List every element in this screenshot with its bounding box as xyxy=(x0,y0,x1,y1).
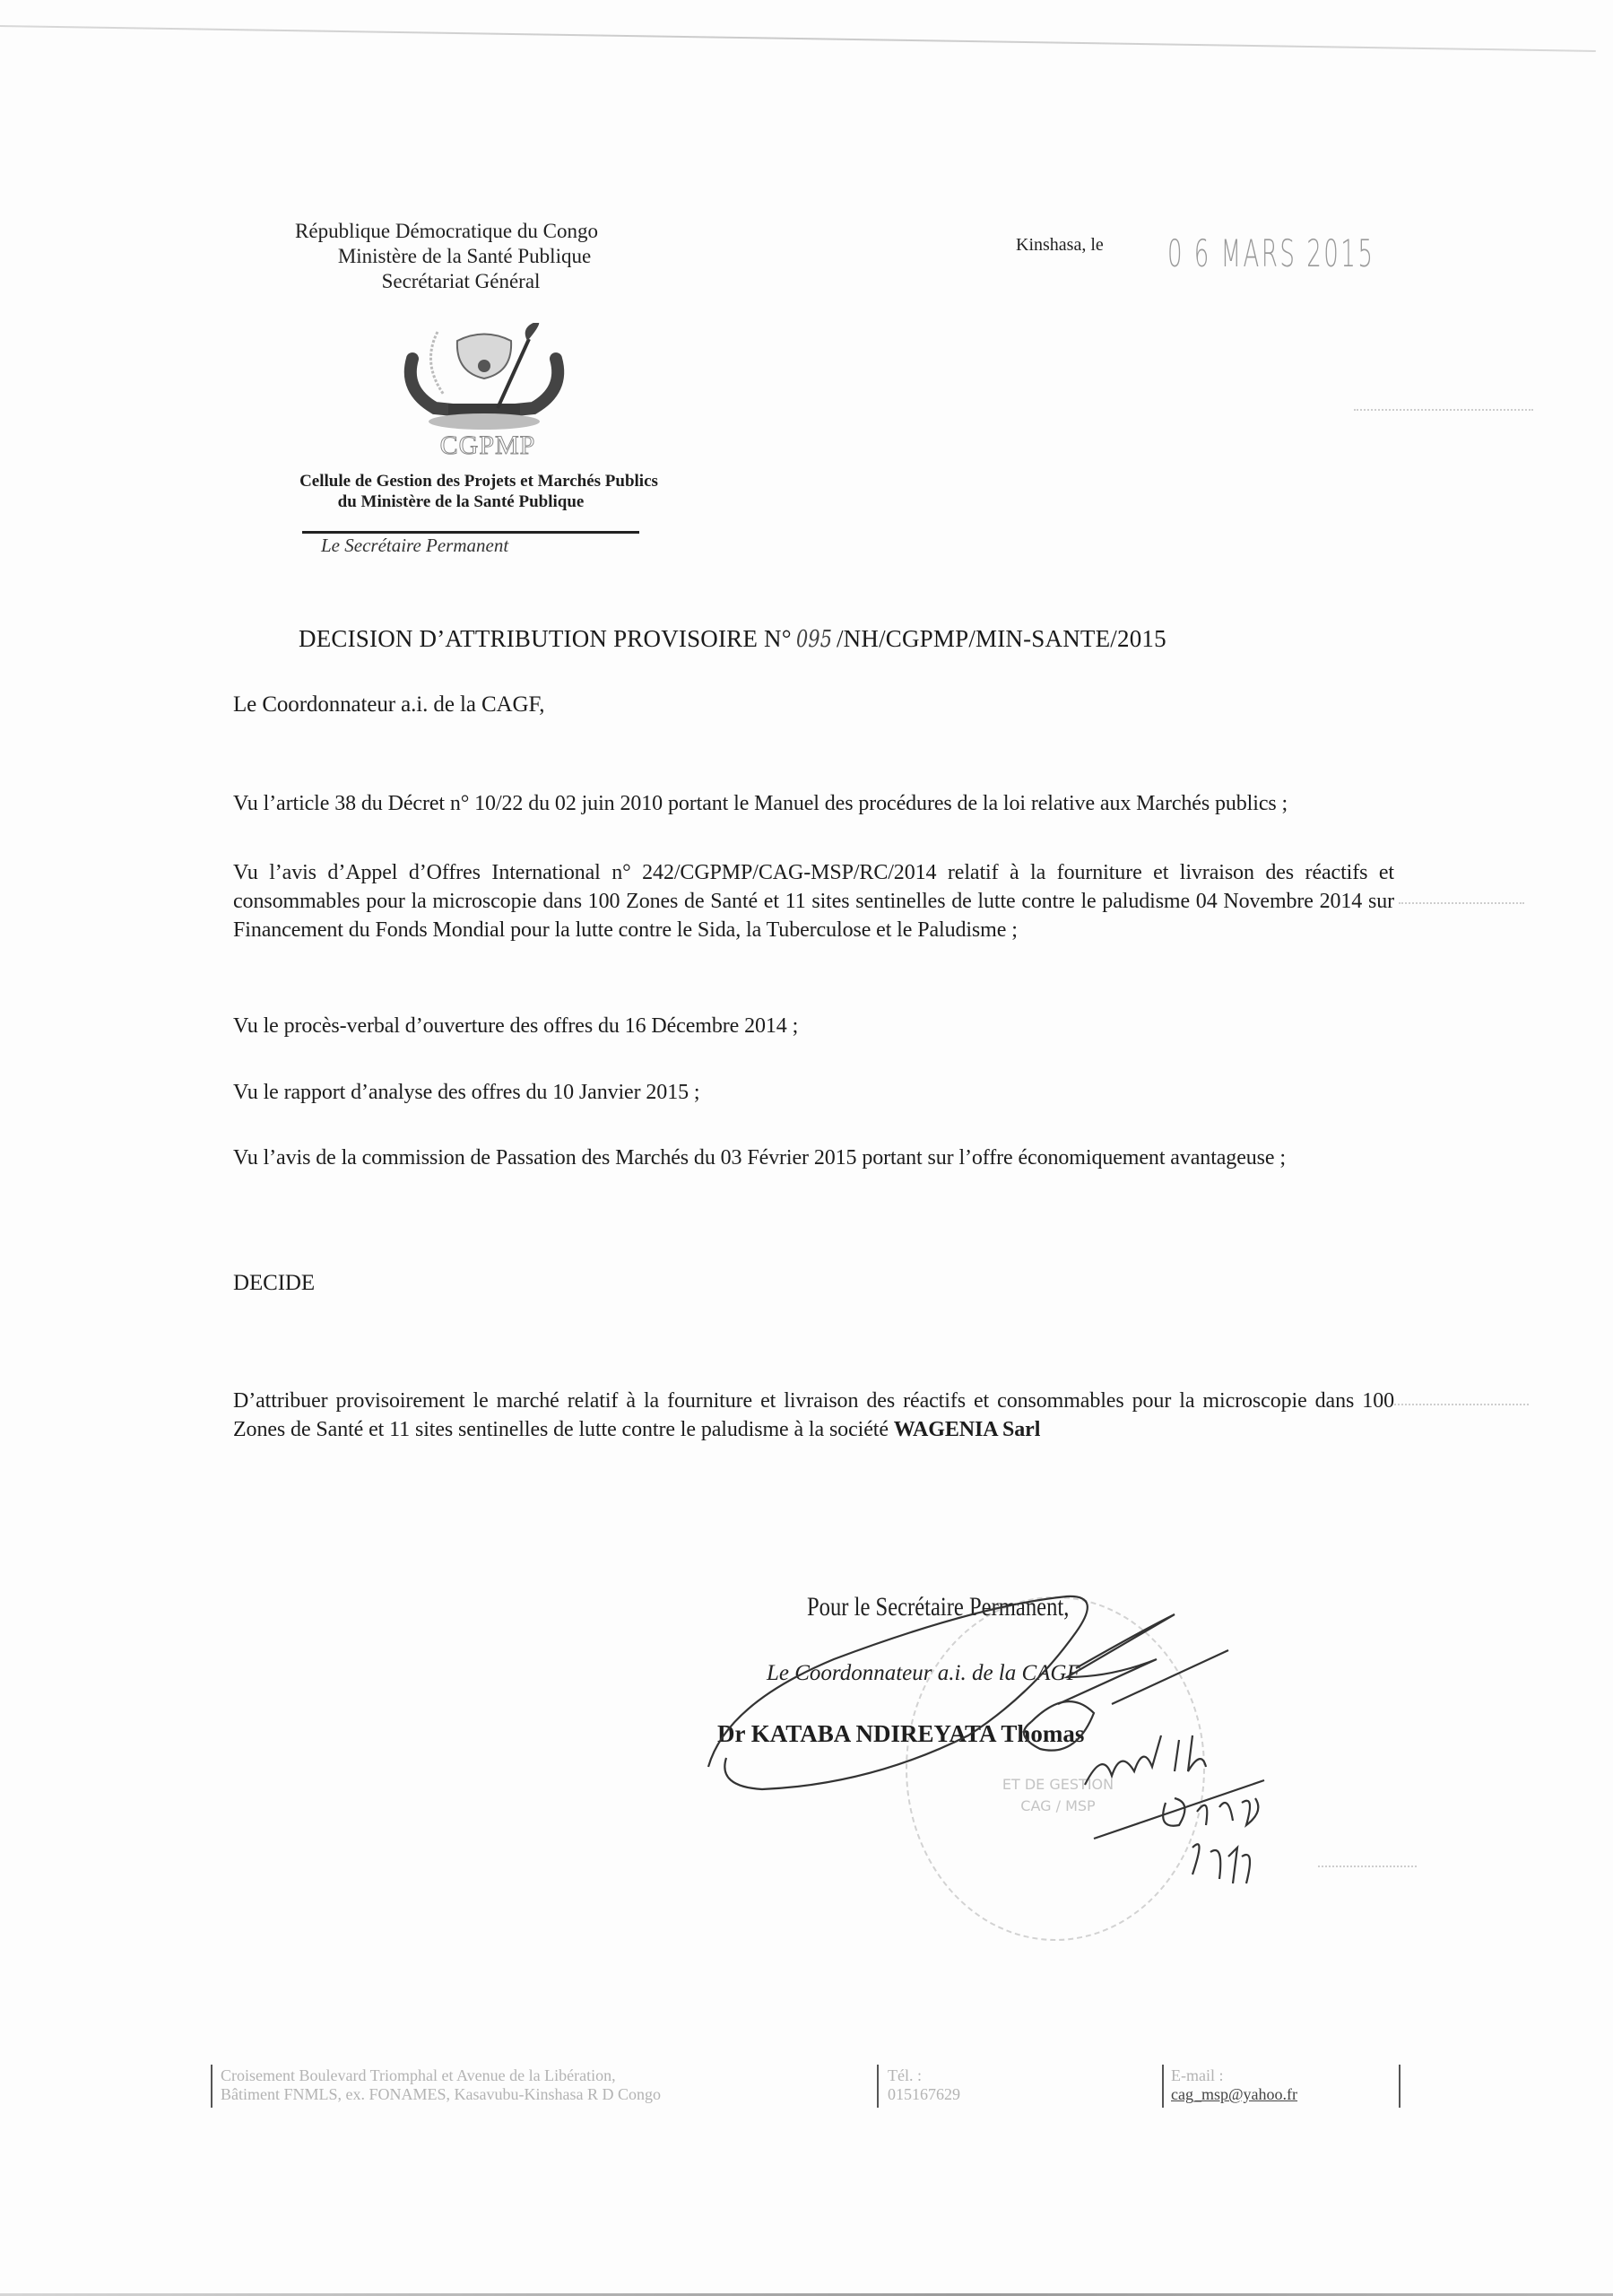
footer-address: Croisement Boulevard Triomphal et Avenue… xyxy=(221,2066,661,2104)
footer-divider xyxy=(877,2065,879,2108)
scan-artifact-dash xyxy=(1394,1404,1529,1406)
consideration-paragraph: Vu l’avis d’Appel d’Offres International… xyxy=(233,858,1394,944)
department-name: Secrétariat Général xyxy=(224,269,698,294)
scan-artifact-line xyxy=(0,25,1596,52)
handwritten-number: 095 xyxy=(796,626,832,653)
document-title: DECISION D’ATTRIBUTION PROVISOIRE N°095/… xyxy=(299,625,1166,653)
cellule-name: Cellule de Gestion des Projets et Marché… xyxy=(255,471,703,512)
footer-email: E-mail : cag_msp@yahoo.fr xyxy=(1171,2066,1297,2104)
footer-divider xyxy=(211,2065,212,2108)
header-divider xyxy=(302,531,639,534)
scan-artifact-dash xyxy=(1399,902,1524,905)
title-suffix: /NH/CGPMP/MIN-SANTE/2015 xyxy=(837,625,1166,652)
consideration-paragraph: Vu le rapport d’analyse des offres du 10… xyxy=(233,1078,1394,1107)
cellule-line: Cellule de Gestion des Projets et Marché… xyxy=(255,471,703,491)
letterhead-institution: République Démocratique du Congo Ministè… xyxy=(231,219,698,294)
cgpmp-acronym: CGPMP xyxy=(416,430,559,461)
handwritten-signature-icon xyxy=(690,1578,1461,1919)
footer: Croisement Boulevard Triomphal et Avenue… xyxy=(0,2065,1613,2127)
decide-heading: DECIDE xyxy=(233,1269,1394,1298)
signatory-office: Le Secrétaire Permanent xyxy=(321,535,508,557)
consideration-paragraph: Vu le procès-verbal d’ouverture des offr… xyxy=(233,1012,1394,1040)
ministry-name: Ministère de la Santé Publique xyxy=(231,244,698,269)
addressee: Le Coordonnateur a.i. de la CAGF, xyxy=(233,691,1394,719)
awardee-name: WAGENIA Sarl xyxy=(894,1418,1041,1441)
scan-artifact-dash xyxy=(1354,409,1533,412)
consideration-paragraph: Vu l’avis de la commission de Passation … xyxy=(233,1144,1394,1172)
footer-divider xyxy=(1162,2065,1164,2108)
title-prefix: DECISION D’ATTRIBUTION PROVISOIRE N° xyxy=(299,625,792,652)
date-stamp: 0 6 MARS 2015 xyxy=(1167,231,1375,275)
footer-phone: Tél. : 015167629 xyxy=(888,2066,960,2104)
decision-paragraph: D’attribuer provisoirement le marché rel… xyxy=(233,1387,1394,1444)
country-name: République Démocratique du Congo xyxy=(195,219,698,244)
place-label: Kinshasa, le xyxy=(1016,235,1104,256)
cellule-line: du Ministère de la Santé Publique xyxy=(219,491,703,512)
decision-text: D’attribuer provisoirement le marché rel… xyxy=(233,1389,1394,1441)
consideration-paragraph: Vu l’article 38 du Décret n° 10/22 du 02… xyxy=(233,789,1394,818)
coat-of-arms-icon xyxy=(395,323,574,430)
email-link[interactable]: cag_msp@yahoo.fr xyxy=(1171,2085,1297,2104)
footer-divider xyxy=(1399,2065,1401,2108)
